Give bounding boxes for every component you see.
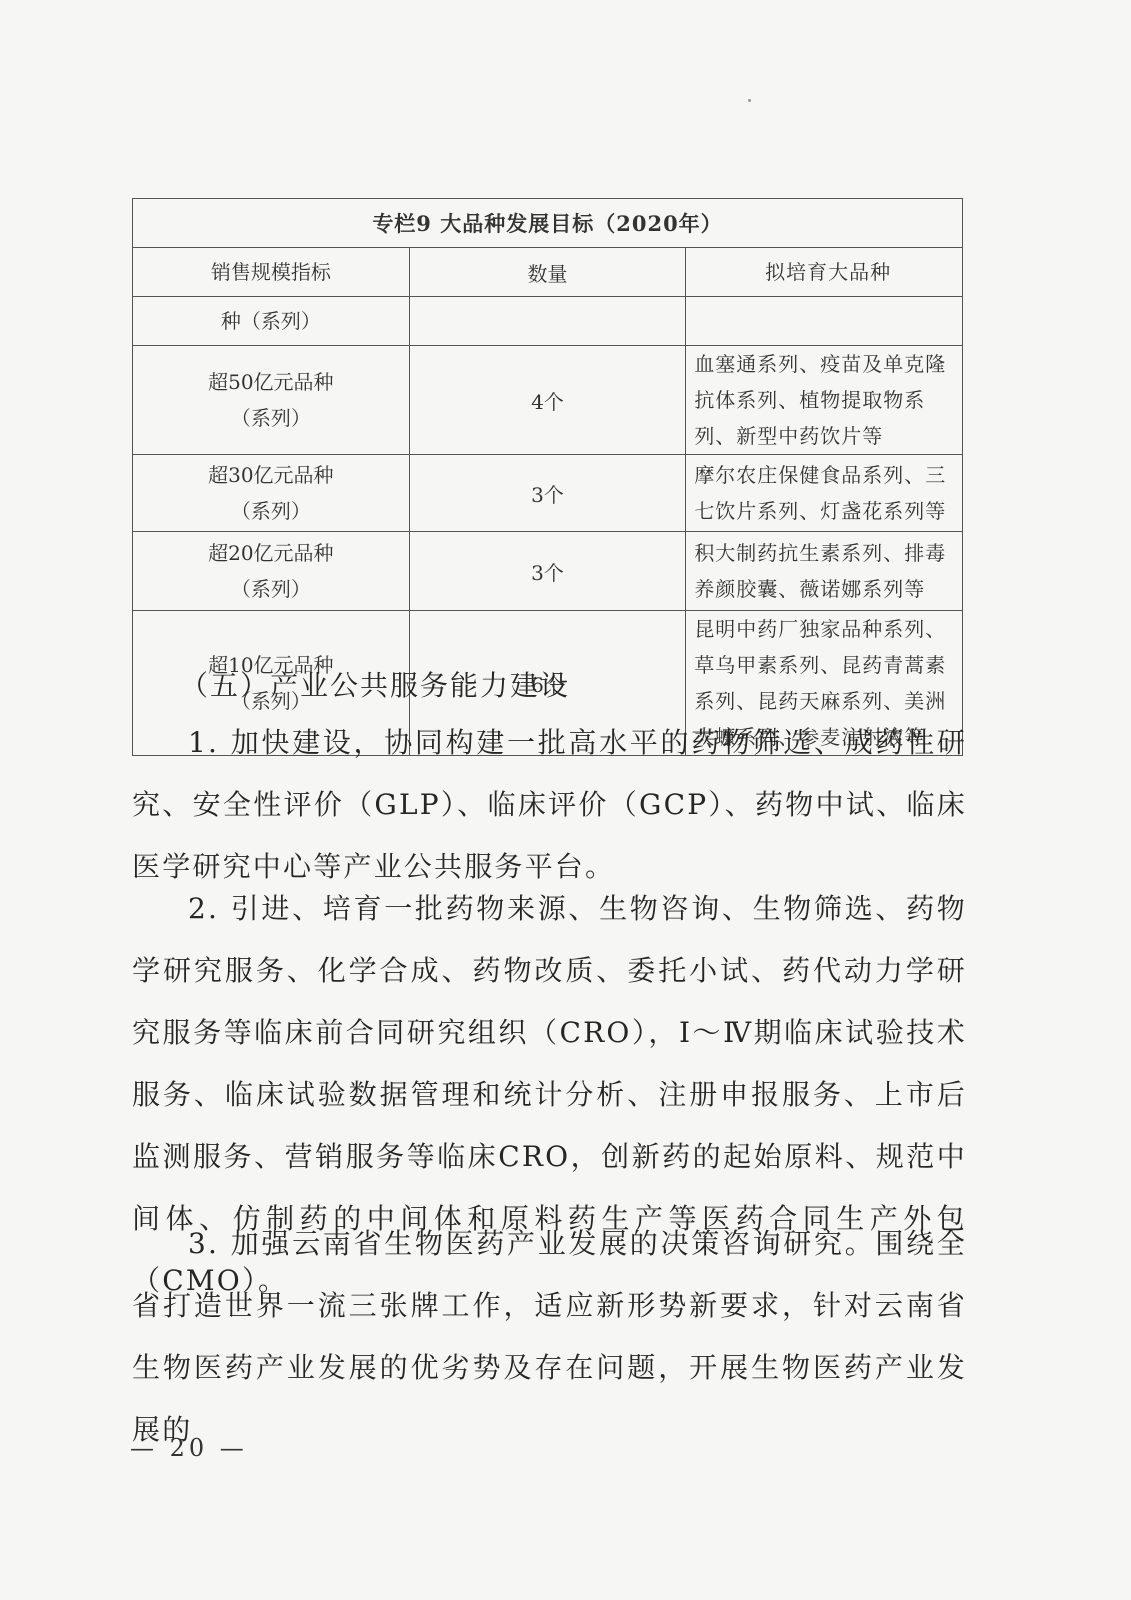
scale-cell: 超20亿元品种 （系列）	[133, 532, 410, 611]
table-row: 超50亿元品种 （系列） 4个 血塞通系列、疫苗及单克隆抗体系列、植物提取物系列…	[133, 346, 963, 455]
products-cell: 血塞通系列、疫苗及单克隆抗体系列、植物提取物系列、新型中药饮片等	[686, 346, 963, 455]
products-cell: 摩尔农庄保健食品系列、三七饮片系列、灯盏花系列等	[686, 455, 963, 532]
header-scale-cont: 种（系列）	[133, 297, 410, 346]
document-page: 专栏9 大品种发展目标（2020年） 销售规模指标 数量 拟培育大品种 种（系列…	[0, 0, 1131, 1600]
table-header-row: 销售规模指标 数量 拟培育大品种	[133, 248, 963, 297]
table-row: 超20亿元品种 （系列） 3个 积大制药抗生素系列、排毒养颜胶囊、薇诺娜系列等	[133, 532, 963, 611]
header-products-empty	[686, 297, 963, 346]
header-count: 数量	[409, 248, 686, 297]
paragraph-1: 1. 加快建设，协同构建一批高水平的药物筛选、成药性研究、安全性评价（GLP）、…	[132, 712, 967, 898]
header-count-empty	[409, 297, 686, 346]
scale-cell: 超50亿元品种 （系列）	[133, 346, 410, 455]
table-row: 超30亿元品种 （系列） 3个 摩尔农庄保健食品系列、三七饮片系列、灯盏花系列等	[133, 455, 963, 532]
count-cell: 3个	[409, 455, 686, 532]
products-cell: 积大制药抗生素系列、排毒养颜胶囊、薇诺娜系列等	[686, 532, 963, 611]
section-heading: （五）产业公共服务能力建设	[180, 664, 570, 704]
page-number: — 20 —	[130, 1434, 248, 1462]
header-products: 拟培育大品种	[686, 248, 963, 297]
paragraph-3: 3. 加强云南省生物医药产业发展的决策咨询研究。围绕全省打造世界一流三张牌工作，…	[132, 1213, 967, 1461]
scan-speck	[748, 99, 751, 102]
count-cell: 3个	[409, 532, 686, 611]
table-title-row: 专栏9 大品种发展目标（2020年）	[133, 199, 963, 248]
count-cell: 4个	[409, 346, 686, 455]
table-title: 专栏9 大品种发展目标（2020年）	[133, 199, 963, 248]
table-header-row-2: 种（系列）	[133, 297, 963, 346]
header-scale: 销售规模指标	[133, 248, 410, 297]
scale-cell: 超30亿元品种 （系列）	[133, 455, 410, 532]
